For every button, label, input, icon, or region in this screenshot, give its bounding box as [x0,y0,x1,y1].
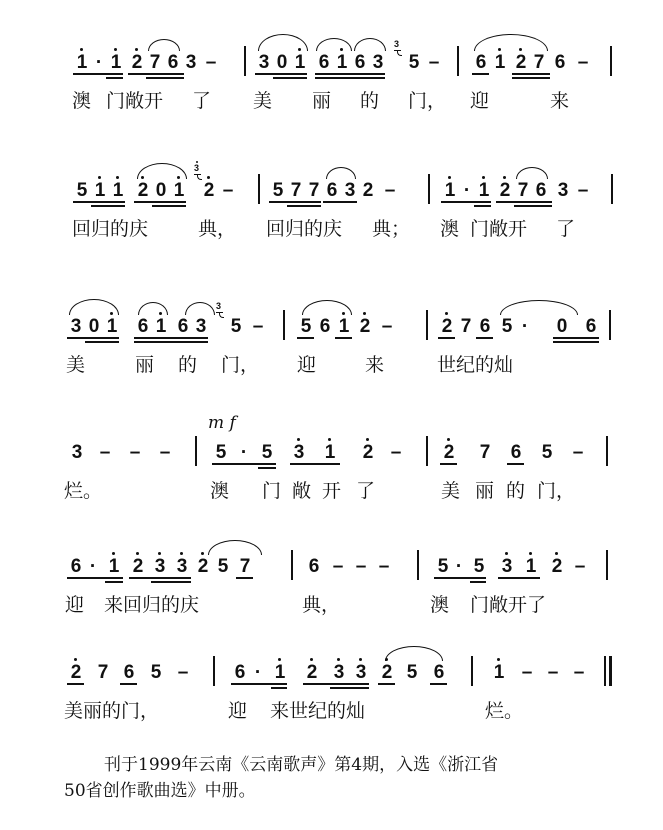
barline [428,174,430,204]
note: 5 [149,662,163,684]
rhythm-underline [303,683,369,685]
slur [258,34,308,51]
note: 5 [216,556,230,578]
note: – [354,556,368,578]
rhythm-underline [507,463,524,465]
note: – [98,442,112,464]
rhythm-underline [430,683,447,685]
barline [606,436,608,466]
note: 6 [553,52,567,74]
note: – [331,556,345,578]
note: 6 [474,52,488,74]
note: 1 [93,180,107,202]
note: 5 [472,556,486,578]
rhythm-underline [129,577,191,579]
barline [471,656,473,686]
grace-octave-dot [196,161,198,163]
note: – [158,442,172,464]
octave-dot [482,176,485,179]
note: 3 [292,442,306,464]
note: – [571,442,585,464]
octave-dot [505,552,508,555]
octave-dot [207,176,210,179]
octave-dot [135,48,138,51]
lyric: 澳 [430,594,449,616]
note: 3 [354,662,368,684]
rhythm-underline [212,463,276,465]
note: 2 [380,662,394,684]
rhythm-underline [514,205,552,207]
rhythm-underline [273,77,307,79]
lyric: 来世纪的灿 [270,700,365,722]
octave-dot [447,438,450,441]
dynamic-mark-mf: m f [208,413,236,433]
barline [457,46,459,76]
note: 3 [500,556,514,578]
octave-dot [114,48,117,51]
publication-note: 刊于1999年云南《云南歌声》第4期，入选《浙江省 50省创作歌曲选》中册。 [64,752,624,804]
rhythm-underline [134,341,208,343]
note: 6 [233,662,247,684]
octave-dot [278,658,281,661]
lyric: 典， [302,594,340,616]
note: 5 [229,316,243,338]
rhythm-underline [73,201,125,203]
note: 2 [358,316,372,338]
octave-dot [201,552,204,555]
rhythm-underline [512,73,550,75]
note: 5 [540,442,554,464]
lyric: 的 [178,354,197,376]
note: 6 [136,316,150,338]
lyric: 迎 [65,594,84,616]
note: 2 [202,180,216,202]
note: 5 [214,442,228,464]
lyric: 美 [441,480,460,502]
note: 6 [534,180,548,202]
octave-dot [448,176,451,179]
rhythm-underline [287,205,321,207]
grace-hook [197,175,202,180]
note: 3 [70,442,84,464]
lyric: 美 [253,90,272,112]
note: 1 [477,180,491,202]
note: 6 [432,662,446,684]
lyric: 了 [356,480,375,502]
note: 3 [175,556,189,578]
note: 6 [166,52,180,74]
note: 2 [498,180,512,202]
note: 3 [332,662,346,684]
rhythm-underline [496,201,552,203]
slur [500,300,578,315]
grace-note: 3 [194,164,199,173]
lyric: 来回归的庆 [104,594,199,616]
rhythm-underline [67,337,119,339]
octave-dot [116,176,119,179]
note: 5 [407,52,421,74]
note: 3 [184,52,198,74]
lyric: 门敞开 [106,90,163,112]
note: 2 [305,662,319,684]
rhythm-underline [134,337,208,339]
slur [137,163,187,179]
note: 3 [153,556,167,578]
rhythm-underline [91,205,125,207]
note: 7 [307,180,321,202]
lyric: 门， [537,480,575,502]
barline [610,46,612,76]
octave-dot [497,658,500,661]
lyric: 世纪的灿 [437,354,513,376]
note: 5 [500,316,514,338]
rhythm-underline [67,683,84,685]
note: 2 [361,180,375,202]
octave-dot [366,438,369,441]
note: 6 [122,662,136,684]
slur [474,34,548,51]
rhythm-underline [67,577,123,579]
rhythm-underline [330,687,369,689]
note: 6 [509,442,523,464]
rhythm-underline [73,73,123,75]
note: 2 [514,52,528,74]
rhythm-underline [512,77,550,79]
rhythm-underline [438,337,455,339]
note: 2 [131,556,145,578]
rhythm-underline [146,77,184,79]
octave-dot [180,552,183,555]
lyric: 丽 [135,354,154,376]
barline [213,656,215,686]
note: 3 [556,180,570,202]
note: 5 [405,662,419,684]
note: 0 [87,316,101,338]
note: – [389,442,403,464]
note: 1 [443,180,457,202]
rhythm-underline [236,577,253,579]
rhythm-underline [315,77,385,79]
lyric: 门敞开 [470,218,527,240]
lyric: 门， [408,90,446,112]
note: 1 [273,662,287,684]
slur [185,302,215,315]
note: · [237,442,251,464]
rhythm-underline [85,341,119,343]
slur [69,299,119,315]
note: 5 [260,442,274,464]
note: 1 [172,180,186,202]
note: 1 [293,52,307,74]
rhythm-underline [297,337,314,339]
octave-dot [529,552,532,555]
note: 2 [550,556,564,578]
rhythm-underline [335,337,352,339]
note: · [518,316,532,338]
rhythm-underline [255,73,307,75]
note: – [520,662,534,684]
note: 1 [335,52,349,74]
lyric: 典， [198,218,236,240]
slur [326,167,356,179]
grace-note: 3 [394,40,399,49]
slur [148,39,180,51]
rhythm-underline [440,463,457,465]
note: – [572,662,586,684]
octave-dot [297,438,300,441]
rhythm-underline [269,201,321,203]
publication-note-line-2: 50省创作歌曲选》中册。 [64,781,256,801]
rhythm-underline [498,577,540,579]
note: 1 [493,52,507,74]
note: – [377,556,391,578]
rhythm-underline [231,683,287,685]
note: · [92,52,106,74]
note: 7 [238,556,252,578]
barline [426,436,428,466]
grace-hook [397,51,402,56]
lyric: 了 [192,90,211,112]
slur [316,38,352,51]
note: 3 [194,316,208,338]
barline [609,310,611,340]
lyric: 烂。 [485,700,523,722]
slur [516,167,548,179]
barline [244,46,246,76]
note: – [576,180,590,202]
note: – [128,442,142,464]
rhythm-underline [553,337,599,339]
note: 1 [75,52,89,74]
octave-dot [98,176,101,179]
note: 7 [148,52,162,74]
rhythm-underline [441,201,491,203]
lyric: 烂。 [64,480,102,502]
rhythm-underline [134,201,186,203]
lyric: 的 [360,90,379,112]
note: – [546,662,560,684]
note: – [573,556,587,578]
note: · [460,180,474,202]
octave-dot [136,552,139,555]
octave-dot [555,552,558,555]
note: – [251,316,265,338]
barline [291,550,293,580]
note: – [221,180,235,202]
final-barline-thin [604,656,606,686]
rhythm-underline [470,581,486,583]
barline [417,550,419,580]
slur [354,38,386,51]
lyric: 门 [262,480,281,502]
rhythm-underline [434,577,486,579]
note: 6 [307,556,321,578]
note: 6 [176,316,190,338]
barline [606,550,608,580]
rhythm-underline [323,201,357,203]
rhythm-underline [258,467,276,469]
note: – [380,316,394,338]
note: 7 [96,662,110,684]
note: 1 [323,442,337,464]
note: 6 [584,316,598,338]
lyric: 迎 [228,700,247,722]
octave-dot [359,658,362,661]
note: 3 [69,316,83,338]
note: 2 [69,662,83,684]
rhythm-underline [472,73,489,75]
note: 6 [353,52,367,74]
note: – [383,180,397,202]
lyric: 回归的庆 [266,218,342,240]
note: 6 [325,180,339,202]
note: 6 [318,316,332,338]
lyric: 澳 [72,90,91,112]
lyric: 丽 [475,480,494,502]
note: · [251,662,265,684]
slur [138,302,168,315]
note: 0 [555,316,569,338]
grace-hook [219,313,224,318]
octave-dot [112,552,115,555]
lyric: 敞 [292,480,311,502]
octave-dot [80,48,83,51]
note: 2 [130,52,144,74]
note: 1 [154,316,168,338]
lyric: 来 [550,90,569,112]
note: – [427,52,441,74]
lyric: 澳 [440,218,459,240]
lyric: 丽 [312,90,331,112]
rhythm-underline [105,581,123,583]
note: · [452,556,466,578]
lyric: 门， [221,354,259,376]
note: 6 [317,52,331,74]
note: – [576,52,590,74]
note: 2 [361,442,375,464]
barline [195,436,197,466]
rhythm-underline [106,77,123,79]
note: 1 [105,316,119,338]
lyric: 的 [506,480,525,502]
note: 7 [532,52,546,74]
note: 2 [440,316,454,338]
barline [258,174,260,204]
octave-dot [328,438,331,441]
note: · [86,556,100,578]
note: 1 [111,180,125,202]
note: 3 [257,52,271,74]
rhythm-underline [120,683,137,685]
rhythm-underline [271,687,287,689]
note: 5 [75,180,89,202]
note: 2 [442,442,456,464]
rhythm-underline [476,337,493,339]
octave-dot [445,312,448,315]
grace-note: 3 [216,302,221,311]
note: 7 [289,180,303,202]
note: 7 [516,180,530,202]
publication-note-line-1: 刊于1999年云南《云南歌声》第4期，入选《浙江省 [64,752,624,778]
note: 1 [109,52,123,74]
lyric: 澳 [210,480,229,502]
lyric: 典； [372,218,410,240]
rhythm-underline [378,683,395,685]
lyric: 迎 [470,90,489,112]
barline [611,174,613,204]
note: 3 [343,180,357,202]
slur [385,646,443,661]
rhythm-underline [315,73,385,75]
note: 1 [524,556,538,578]
lyric: 门敞开了 [470,594,546,616]
octave-dot [363,312,366,315]
final-barline-thick [609,656,612,686]
barline [283,310,285,340]
note: 5 [271,180,285,202]
rhythm-underline [553,341,599,343]
note: 2 [196,556,210,578]
note: – [176,662,190,684]
rhythm-underline [152,205,186,207]
note: – [204,52,218,74]
lyric: 来 [365,354,384,376]
barline [426,310,428,340]
note: 6 [478,316,492,338]
lyric: 回归的庆 [72,218,148,240]
note: 1 [492,662,506,684]
note: 0 [275,52,289,74]
lyric: 美丽的门， [64,700,159,722]
slur [302,300,352,315]
octave-dot [74,658,77,661]
note: 2 [136,180,150,202]
note: 5 [299,316,313,338]
note: 1 [107,556,121,578]
rhythm-underline [290,463,340,465]
note: 3 [371,52,385,74]
lyric: 美 [66,354,85,376]
lyric: 迎 [297,354,316,376]
lyric: 了 [556,218,575,240]
slur [208,540,262,555]
lyric: 开 [322,480,341,502]
note: 7 [459,316,473,338]
note: 0 [154,180,168,202]
rhythm-underline [474,205,491,207]
rhythm-underline [128,73,184,75]
octave-dot [158,552,161,555]
octave-dot [503,176,506,179]
rhythm-underline [151,581,191,583]
octave-dot [337,658,340,661]
note: 1 [337,316,351,338]
note: 6 [69,556,83,578]
octave-dot [310,658,313,661]
note: 7 [478,442,492,464]
note: 5 [436,556,450,578]
